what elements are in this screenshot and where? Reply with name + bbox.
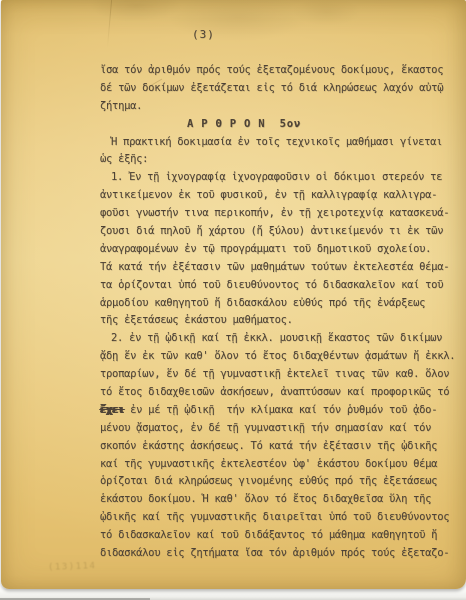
text-line: Ἡ πρακτική δοκιμασία ἐν τοῖς τεχνικοῖς μ… xyxy=(100,134,456,152)
text-line: τα ὁρίζονται ὑπό τοῦ διευθύνοντος τό διδ… xyxy=(100,277,456,295)
text-line: δέ τῶν δοκίμων ἐξετάζεται εἰς τό διά κλη… xyxy=(100,80,456,98)
article-heading: Α Ρ Θ Ρ Ο Ν 5ον xyxy=(66,116,422,134)
text-line: ᾠδικῆς καί τῆς γυμναστικῆς διαιρεῖται ὑπ… xyxy=(100,509,456,527)
text-line: ἁρμοδίου καθηγητοῦ ἤ διδασκάλου εὐθύς πρ… xyxy=(100,295,456,313)
text-line: ὡς ἑξῆς: xyxy=(100,151,456,169)
text-line: τροπαρίων, ἕν δέ τῇ γυμναστικῇ ἐκτελεῖ τ… xyxy=(100,366,456,384)
text-line: ἑκάστου δοκίμου. Ἡ καθ' ὅλον τό ἔτος διδ… xyxy=(100,491,456,509)
pencil-annotation: (13)114 xyxy=(48,561,97,573)
text-line: ἀναγραφομένων ἐν τῷ προγράμματι τοῦ δημο… xyxy=(100,241,456,259)
text-line: καί τῆς γυμναστικῆς ἐκτελεστέον ὑφ' ἑκάσ… xyxy=(100,456,456,474)
text-line: 1. Ἐν τῇ ἰχνογραφίᾳ ἰχνογραφοῦσιν οἱ δόκ… xyxy=(100,169,456,187)
text-line: μένου ᾄσματος, ἐν δέ τῇ γυμναστικῇ τήν σ… xyxy=(100,420,456,438)
text-line: ζουσι διά πηλοῦ ἤ χάρτου (ἤ ξύλου) ἀντικ… xyxy=(100,223,456,241)
text-line: διδασκάλου εἰς ζητήματα ἴσα τόν ἀριθμόν … xyxy=(100,545,456,563)
overstruck-word: ἔχει xyxy=(100,404,124,416)
text-line: τῆς ἐξετάσεως ἑκάστου μαθήματος. xyxy=(100,312,456,330)
text-line: ᾄδῃ ἕν ἐκ τῶν καθ' ὅλον τό ἔτος διδαχθέν… xyxy=(100,348,456,366)
text-line: ὁρίζοται διά κληρώσεως γινομένης εὐθύς π… xyxy=(100,473,456,491)
text-line: ἔχει ἐν μέ τῇ ᾠδικῇ τήν κλίμακα καί τόν … xyxy=(100,402,456,420)
text-line: ἀντικείμενον ἐκ τοῦ φυσικοῦ, ἐν τῇ καλλι… xyxy=(100,187,456,205)
text-line: φοῦσι γνωστήν τινα περικοπήν, ἐν τῇ χειρ… xyxy=(100,205,456,223)
text-line: Τά κατά τήν ἐξέτασιν τῶν μαθημάτων τούτω… xyxy=(100,259,456,277)
typewritten-text-block: ἴσα τόν ἀριθμόν πρός τούς ἐξεταζομένους … xyxy=(100,62,456,563)
scanned-page: (3) ἴσα τόν ἀριθμόν πρός τούς ἐξεταζομέν… xyxy=(0,0,466,600)
text-line: τό ἔτος διδαχθεισῶν ἀσκήσεων, ἀναπτύσσων… xyxy=(100,384,456,402)
text-line: τό διδασκαλεῖον καί τοῦ διδάξαντος τό μά… xyxy=(100,527,456,545)
text-line: 2. ἐν τῇ ᾠδικῇ καί τῇ ἐκκλ. μουσικῇ ἕκασ… xyxy=(100,330,456,348)
paper: (3) ἴσα τόν ἀριθμόν πρός τούς ἐξεταζομέν… xyxy=(1,0,466,589)
text-line: σκοπόν ἑκάστης ἀσκήσεως. Τό κατά τήν ἐξέ… xyxy=(100,438,456,456)
text-line: ἴσα τόν ἀριθμόν πρός τούς ἐξεταζομένους … xyxy=(100,62,456,80)
text-line: ζήτημα. xyxy=(100,98,456,116)
page-number: (3) xyxy=(192,28,215,41)
